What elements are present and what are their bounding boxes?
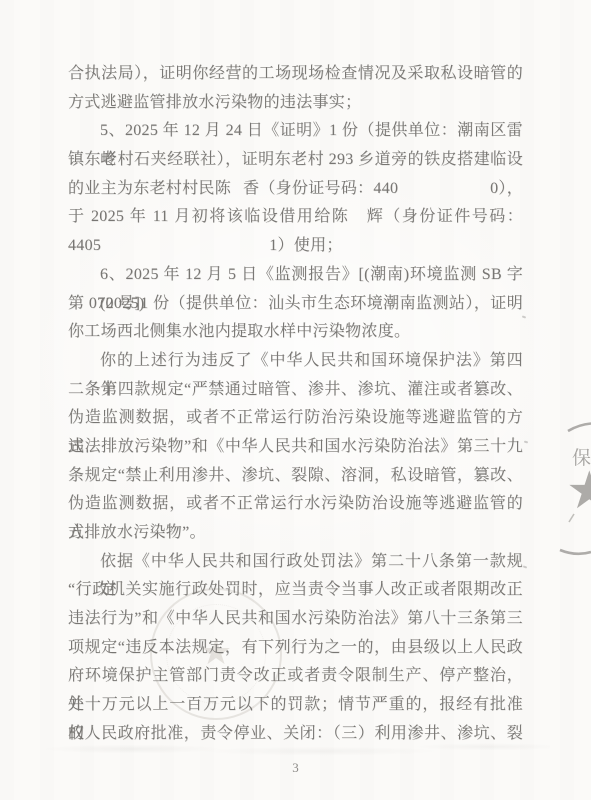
text-line: 违法行为”和《中华人民共和国水污染防治法》第八十三条第三 [68, 605, 523, 634]
text-line: 于 2025 年 11 月初将该临设借用给陈 辉（身份证件号码： [68, 203, 523, 232]
text-line: 6、2025 年 12 月 5 日《监测报告》[(潮南)环境监测 SB 字(20… [68, 261, 523, 290]
text-line: 44051）使用； [68, 232, 523, 261]
text-line: 合执法局），证明你经营的工场现场检查情况及采取私设暗管的 [68, 60, 523, 89]
page-number: 3 [0, 760, 591, 776]
redaction-blank [398, 175, 490, 204]
text-line: 伪造监测数据，或者不正常运行水污染防治设施等逃避监管的方 [68, 490, 523, 519]
text-line: 违法排放污染物”和《中华人民共和国水污染防治法》第三十九 [68, 433, 523, 462]
scan-speck [524, 441, 528, 444]
text-line: 二条第四款规定“严禁通过暗管、渗井、渗坑、灌注或者篡改、 [68, 376, 523, 405]
seal-star-icon: ★ [566, 461, 591, 521]
redaction-blank [231, 175, 243, 204]
seal-top-arc [568, 424, 591, 432]
text-line: 的业主为东老村村民陈香（身份证号码：4400）， [68, 175, 523, 204]
text-line: 第 070 号]1 份（提供单位：汕头市生态环境潮南监测站），证明 [68, 290, 523, 319]
text-line: “行政机关实施行政处罚时，应当责令当事人改正或者限期改正 [68, 576, 523, 605]
text-line: 处十万元以上一百万元以下的罚款；情节严重的，报经有批准权 [68, 691, 523, 720]
document-body: 合执法局），证明你经营的工场现场检查情况及采取私设暗管的方式逃避监管排放水污染物… [68, 60, 523, 749]
text-line: 条规定“禁止利用渗井、渗坑、裂隙、溶洞，私设暗管，篡改、 [68, 462, 523, 491]
text-line: 你工场西北侧集水池内提取水样中污染物浓度。 [68, 318, 523, 347]
text-segment: 0）， [490, 175, 523, 204]
text-segment: 1）使用； [269, 232, 343, 261]
text-line: 镇东老村石夹经联社），证明东老村 293 乡道旁的铁皮搭建临设 [68, 146, 523, 175]
text-segment: 的业主为东老村村民陈 [68, 175, 231, 204]
text-line: 府环境保护主管部门责令改正或者责令限制生产、停产整治，并 [68, 662, 523, 691]
text-line: 5、2025 年 12 月 24 日《证明》1 份（提供单位：潮南区雷岭 [68, 117, 523, 146]
scan-speck [523, 565, 527, 568]
text-line: 依据《中华人民共和国行政处罚法》第二十八条第一款规定 [68, 548, 523, 577]
edge-seal-stamp: 保 ★ [551, 414, 591, 562]
scanned-document-page: { "page": { "number": "3", "background_c… [0, 0, 591, 800]
text-segment: 4405 [68, 232, 101, 261]
text-line: 方式逃避监管排放水污染物的违法事实； [68, 89, 523, 118]
text-line: 式排放水污染物”。 [68, 519, 523, 548]
text-line: 你的上述行为违反了《中华人民共和国环境保护法》第四十 [68, 347, 523, 376]
seal-bottom-arc [560, 550, 591, 554]
text-line: 的人民政府批准，责令停业、关闭：（三）利用渗井、渗坑、裂 [68, 720, 523, 749]
text-line: 项规定“违反本法规定，有下列行为之一的，由县级以上人民政 [68, 634, 523, 663]
text-line: 伪造监测数据，或者不正常运行防治污染设施等逃避监管的方式 [68, 404, 523, 433]
redaction-blank [101, 232, 269, 261]
text-segment: 香（身份证号码：440 [243, 175, 398, 204]
